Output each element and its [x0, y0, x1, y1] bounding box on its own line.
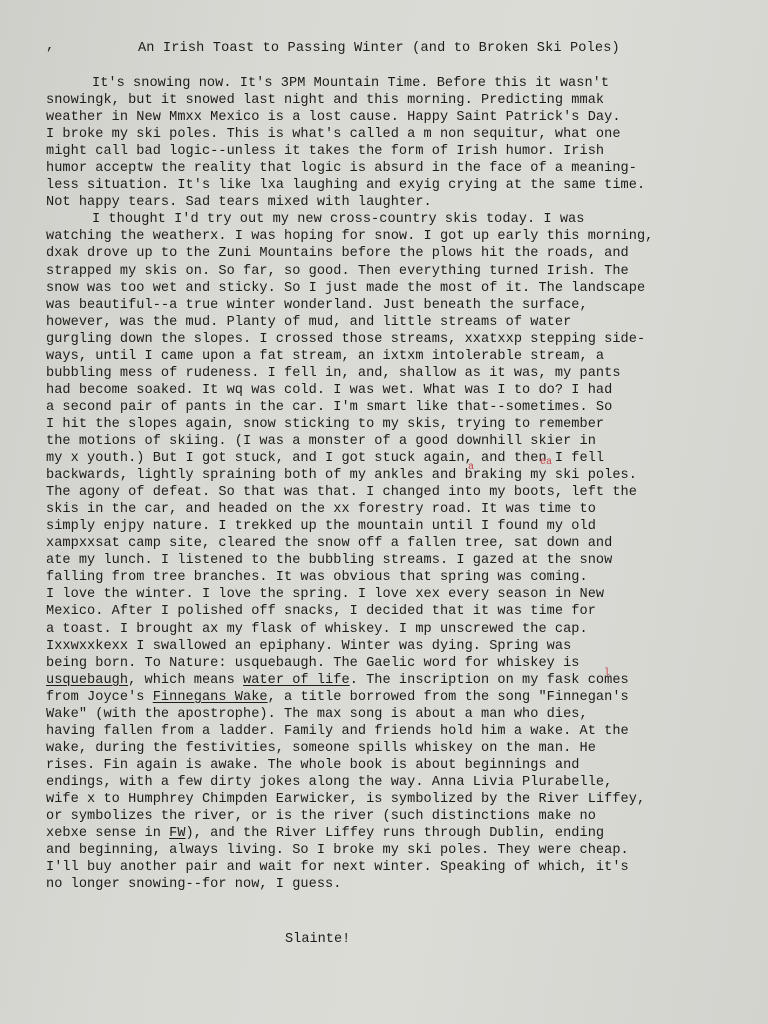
- body-line: I love the winter. I love the spring. I …: [46, 586, 653, 603]
- body-line: The agony of defeat. So that was that. I…: [46, 484, 653, 501]
- body-line: was beautiful--a true winter wonderland.…: [46, 297, 653, 314]
- stray-comma-mark: ,: [46, 38, 54, 54]
- body-line: ate my lunch. I listened to the bubbling…: [46, 552, 653, 569]
- body-line: rises. Fin again is awake. The whole boo…: [46, 757, 653, 774]
- body-line: xebxe sense in FW), and the River Liffey…: [46, 825, 653, 842]
- body-line: simply enjpy nature. I trekked up the mo…: [46, 518, 653, 535]
- body-line: strapped my skis on. So far, so good. Th…: [46, 263, 653, 280]
- body-line: snow was too wet and sticky. So I just m…: [46, 280, 653, 297]
- body-line: the motions of skiing. (I was a monster …: [46, 433, 653, 450]
- body-line: I hit the slopes again, snow sticking to…: [46, 416, 653, 433]
- document-body: It's snowing now. It's 3PM Mountain Time…: [46, 75, 653, 893]
- body-line: gurgling down the slopes. I crossed thos…: [46, 331, 653, 348]
- body-line: Mexico. After I polished off snacks, I d…: [46, 603, 653, 620]
- body-line: wake, during the festivities, someone sp…: [46, 740, 653, 757]
- document-title: An Irish Toast to Passing Winter (and to…: [138, 41, 620, 56]
- body-line: my x youth.) But I got stuck, and I got …: [46, 450, 653, 467]
- body-line: weather in New Mmxx Mexico is a lost cau…: [46, 109, 653, 126]
- body-line: and beginning, always living. So I broke…: [46, 842, 653, 859]
- body-line: dxak drove up to the Zuni Mountains befo…: [46, 245, 653, 262]
- body-line: I broke my ski poles. This is what's cal…: [46, 126, 653, 143]
- red-correction-mark: a: [468, 462, 474, 473]
- body-line: less situation. It's like lxa laughing a…: [46, 177, 653, 194]
- body-line: being born. To Nature: usquebaugh. The G…: [46, 655, 653, 672]
- body-line: Not happy tears. Sad tears mixed with la…: [46, 194, 653, 211]
- body-line: having fallen from a ladder. Family and …: [46, 723, 653, 740]
- body-line: I thought I'd try out my new cross-count…: [46, 211, 653, 228]
- body-line: had become soaked. It wq was cold. I was…: [46, 382, 653, 399]
- body-line: bubbling mess of rudeness. I fell in, an…: [46, 365, 653, 382]
- body-line: snowingk, but it snowed last night and t…: [46, 92, 653, 109]
- body-line: Wake" (with the apostrophe). The max son…: [46, 706, 653, 723]
- body-line: falling from tree branches. It was obvio…: [46, 569, 653, 586]
- body-line: a toast. I brought ax my flask of whiske…: [46, 621, 653, 638]
- body-line: skis in the car, and headed on the xx fo…: [46, 501, 653, 518]
- body-line: or symbolizes the river, or is the river…: [46, 808, 653, 825]
- body-line: wife x to Humphrey Chimpden Earwicker, i…: [46, 791, 653, 808]
- body-line: from Joyce's Finnegans Wake, a title bor…: [46, 689, 653, 706]
- signoff: Slainte!: [285, 932, 350, 947]
- body-line: no longer snowing--for now, I guess.: [46, 876, 653, 893]
- body-line: a second pair of pants in the car. I'm s…: [46, 399, 653, 416]
- body-line: humor acceptw the reality that logic is …: [46, 160, 653, 177]
- body-line: I'll buy another pair and wait for next …: [46, 859, 653, 876]
- body-line: however, was the mud. Planty of mud, and…: [46, 314, 653, 331]
- body-line: endings, with a few dirty jokes along th…: [46, 774, 653, 791]
- body-line: backwards, lightly spraining both of my …: [46, 467, 653, 484]
- red-correction-mark: ea: [540, 457, 552, 468]
- body-line: Ixxwxxkexx I swallowed an epiphany. Wint…: [46, 638, 653, 655]
- typewritten-page: , An Irish Toast to Passing Winter (and …: [0, 0, 768, 1024]
- body-line: usquebaugh, which means water of life. T…: [46, 672, 653, 689]
- body-line: xampxxsat camp site, cleared the snow of…: [46, 535, 653, 552]
- body-line: watching the weatherx. I was hoping for …: [46, 228, 653, 245]
- body-line: It's snowing now. It's 3PM Mountain Time…: [46, 75, 653, 92]
- body-line: might call bad logic--unless it takes th…: [46, 143, 653, 160]
- red-correction-mark: l: [604, 668, 610, 679]
- body-line: ways, until I came upon a fat stream, an…: [46, 348, 653, 365]
